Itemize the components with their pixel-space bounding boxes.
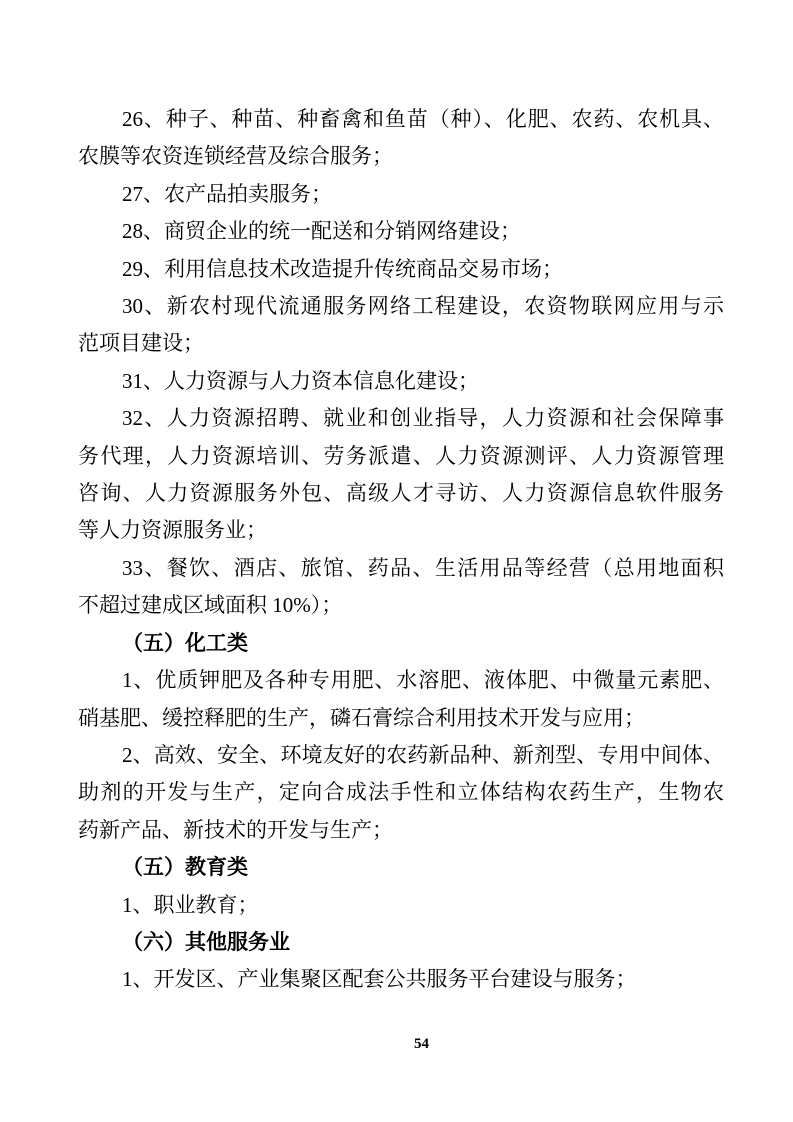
- text-line: 30、新农村现代流通服务网络工程建设，农资物联网应用与示: [78, 288, 724, 325]
- text-line: 31、人力资源与人力资本信息化建设；: [78, 363, 724, 400]
- text-line: 农膜等农资连锁经营及综合服务；: [78, 138, 724, 175]
- text-line: 等人力资源服务业；: [78, 512, 724, 549]
- text-line: 2、高效、安全、环境友好的农药新品种、新剂型、专用中间体、: [78, 737, 724, 774]
- page-number: 54: [0, 1036, 793, 1053]
- text-line: 务代理，人力资源培训、劳务派遣、人力资源测评、人力资源管理: [78, 438, 724, 475]
- text-line: 药新产品、新技术的开发与生产；: [78, 812, 724, 849]
- text-line: 硝基肥、缓控释肥的生产，磷石膏综合利用技术开发与应用；: [78, 700, 724, 737]
- text-line: 26、种子、种苗、种畜禽和鱼苗（种）、化肥、农药、农机具、: [78, 101, 724, 138]
- text-line: 27、农产品拍卖服务；: [78, 176, 724, 213]
- text-line: 1、优质钾肥及各种专用肥、水溶肥、液体肥、中微量元素肥、: [78, 662, 724, 699]
- document-body: 26、种子、种苗、种畜禽和鱼苗（种）、化肥、农药、农机具、农膜等农资连锁经营及综…: [78, 101, 724, 999]
- section-heading: （六）其他服务业: [78, 924, 724, 961]
- section-heading: （五）化工类: [78, 625, 724, 662]
- text-line: 助剂的开发与生产，定向合成法手性和立体结构农药生产，生物农: [78, 774, 724, 811]
- text-line: 29、利用信息技术改造提升传统商品交易市场；: [78, 251, 724, 288]
- text-line: 1、开发区、产业集聚区配套公共服务平台建设与服务；: [78, 961, 724, 998]
- document-page: 26、种子、种苗、种畜禽和鱼苗（种）、化肥、农药、农机具、农膜等农资连锁经营及综…: [0, 0, 793, 1122]
- text-line: 咨询、人力资源服务外包、高级人才寻访、人力资源信息软件服务: [78, 475, 724, 512]
- text-line: 28、商贸企业的统一配送和分销网络建设；: [78, 213, 724, 250]
- text-line: 32、人力资源招聘、就业和创业指导，人力资源和社会保障事: [78, 400, 724, 437]
- text-line: 33、餐饮、酒店、旅馆、药品、生活用品等经营（总用地面积: [78, 550, 724, 587]
- text-line: 1、职业教育；: [78, 887, 724, 924]
- text-line: 范项目建设；: [78, 325, 724, 362]
- text-line: 不超过建成区域面积 10%）；: [78, 587, 724, 624]
- section-heading: （五）教育类: [78, 849, 724, 886]
